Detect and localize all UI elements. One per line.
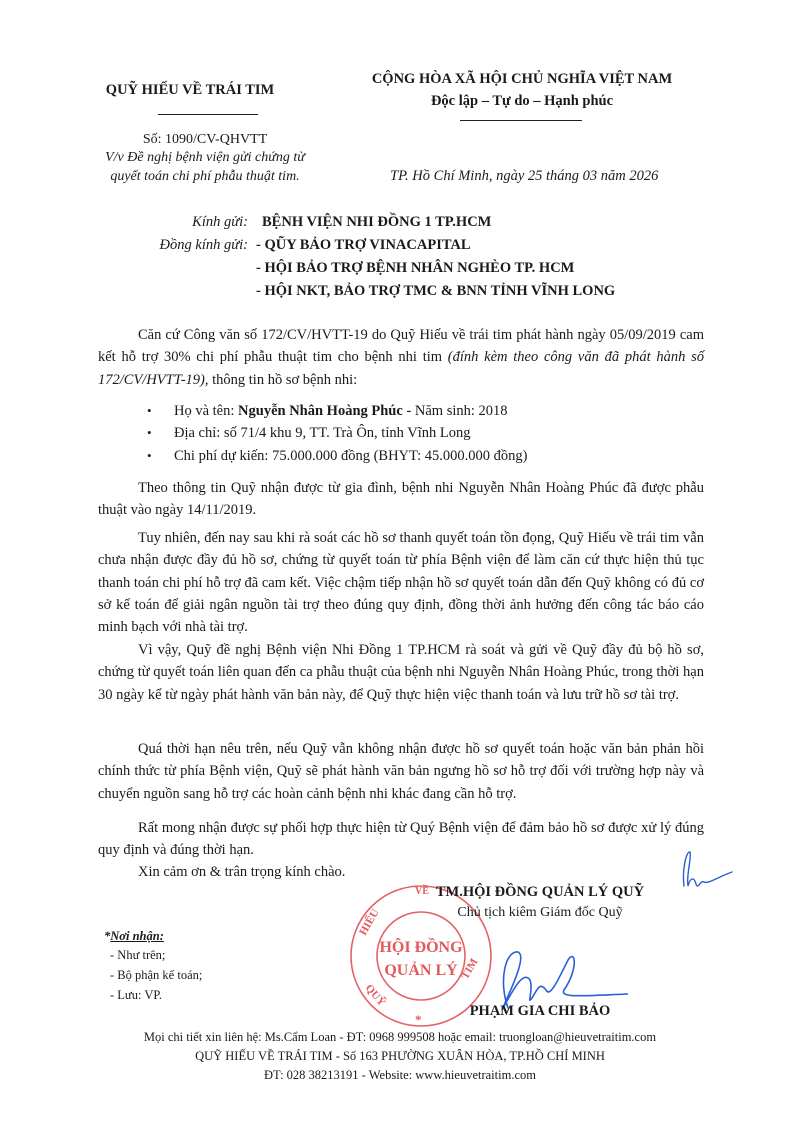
stamp-ring-text: QUỸ [363, 982, 388, 1008]
list-item: Chi phí dự kiến: 75.000.000 đồng (BHYT: … [147, 445, 528, 467]
paragraph-deadline: Quá thời hạn nêu trên, nếu Quỹ vẫn không… [98, 738, 704, 805]
document-subject: V/v Đề nghị bệnh viện gửi chứng từ quyết… [95, 148, 315, 186]
signatory-role: Chủ tịch kiêm Giám đốc Quỹ [420, 905, 660, 921]
paragraph-issue: Tuy nhiên, đến nay sau khi rà soát các h… [98, 527, 704, 638]
recipients-heading: *Nơi nhận: [104, 929, 164, 944]
stamp-text-line2: QUẢN LÝ [384, 960, 458, 979]
patient-info-list: Họ và tên: Nguyễn Nhân Hoàng Phúc - Năm … [147, 400, 528, 467]
place-and-date: TP. Hồ Chí Minh, ngày 25 tháng 03 năm 20… [390, 168, 690, 185]
cc-label: Đồng kính gửi: [128, 237, 248, 254]
paragraph-request: Vì vậy, Quỹ đề nghị Bệnh viện Nhi Đồng 1… [98, 639, 704, 706]
document-number: Số: 1090/CV-QHVTT [95, 132, 315, 148]
footer-address: QUỸ HIẾU VỀ TRÁI TIM - Số 163 PHƯỜNG XUÂ… [100, 1049, 700, 1064]
organization-underline [158, 114, 258, 115]
cc-recipient: - QŨY BẢO TRỢ VINACAPITAL [256, 237, 471, 254]
national-title: CỘNG HÒA XÃ HỘI CHỦ NGHĨA VIỆT NAM [362, 71, 682, 88]
subject-line-2: quyết toán chi phí phẫu thuật tim. [95, 167, 315, 186]
to-recipient: BỆNH VIỆN NHI ĐỒNG 1 TP.HCM [262, 214, 491, 231]
signatory-name: PHẠM GIA CHI BẢO [420, 1003, 660, 1020]
signatory-title: TM.HỘI ĐỒNG QUẢN LÝ QUỸ [420, 884, 660, 901]
organization-name: QUỸ HIẾU VỀ TRÁI TIM [95, 82, 285, 99]
recipient-item: - Lưu: VP. [110, 988, 162, 1003]
initial-signature [676, 846, 734, 896]
paragraph-cooperation: Rất mong nhận được sự phối hợp thực hiện… [98, 817, 704, 862]
to-label: Kính gửi: [128, 214, 248, 231]
stamp-text-line1: HỘI ĐỒNG [379, 936, 463, 956]
motto-underline [460, 120, 582, 121]
national-motto: Độc lập – Tự do – Hạnh phúc [362, 93, 682, 110]
footer-contact: Mọi chi tiết xin liên hệ: Ms.Cẩm Loan - … [100, 1030, 700, 1045]
cc-recipient: - HỘI BẢO TRỢ BỆNH NHÂN NGHÈO TP. HCM [256, 260, 574, 277]
subject-line-1: V/v Đề nghị bệnh viện gửi chứng từ [95, 148, 315, 167]
cc-recipient: - HỘI NKT, BẢO TRỢ TMC & BNN TỈNH VĨNH L… [256, 283, 615, 300]
list-item: Địa chỉ: số 71/4 khu 9, TT. Trà Ôn, tỉnh… [147, 422, 528, 444]
patient-name: Nguyễn Nhân Hoàng Phúc [238, 403, 403, 419]
paragraph-surgery: Theo thông tin Quỹ nhận được từ gia đình… [98, 477, 704, 522]
list-item: Họ và tên: Nguyễn Nhân Hoàng Phúc - Năm … [147, 400, 528, 422]
paragraph-basis: Căn cứ Công văn số 172/CV/HVTT-19 do Quỹ… [98, 324, 704, 391]
recipient-item: - Như trên; [110, 948, 165, 963]
recipient-item: - Bộ phận kế toán; [110, 968, 202, 983]
footer-website: ĐT: 028 38213191 - Website: www.hieuvetr… [100, 1068, 700, 1083]
